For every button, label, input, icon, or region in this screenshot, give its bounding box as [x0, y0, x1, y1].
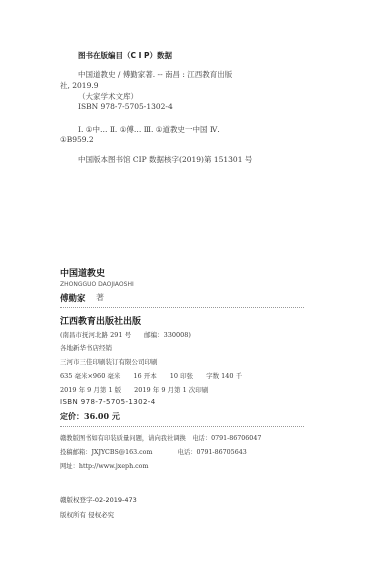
author-role: 著 [96, 292, 104, 303]
cip-line: （大家学术文库） [78, 91, 138, 102]
copyright-registration: 赣版权登字-02-2019-473 [60, 495, 137, 504]
isbn: ISBN 978-7-5705-1302-4 [60, 398, 156, 406]
publisher-name: 江西教育出版社出版 [60, 314, 141, 327]
website: 网址：http://www.jxeph.com [60, 461, 148, 470]
divider [60, 426, 304, 427]
printer: 三河市三佳印刷装订有限公司印刷 [60, 357, 158, 366]
cip-classification: Ⅰ. ①中… Ⅱ. ①傅… Ⅲ. ①道教史一中国 Ⅳ. [78, 124, 220, 135]
cip-record-number: 中国版本图书馆 CIP 数据核字(2019)第 151301 号 [78, 154, 252, 165]
quality-notice: 赣教版图书如有印装质量问题，请向我社调换 电话：0791-86706047 [60, 433, 261, 442]
print-specs: 635 毫米×960 毫米 16 开本 10 印张 字数 140 千 [60, 371, 242, 380]
submission-contact: 投稿邮箱：JXJYCBS@163.com 电话：0791-86705643 [60, 447, 247, 456]
edition-info: 2019 年 9 月第 1 版 2019 年 9 月第 1 次印刷 [60, 385, 208, 394]
divider [60, 307, 304, 308]
cip-line: 社, 2019.9 [60, 80, 99, 91]
book-author: 傅勤家 [60, 292, 86, 304]
price: 定价：36.00 元 [60, 411, 120, 422]
cip-isbn: ISBN 978-7-5705-1302-4 [78, 102, 173, 111]
publisher-address: (南昌市抚河北路 291 号 邮编：330008) [60, 330, 191, 339]
book-pinyin: ZHONGGUO DAOJIAOSHI [60, 281, 134, 288]
book-title: 中国道教史 [60, 266, 105, 279]
cip-classification-code: ①B959.2 [60, 135, 94, 144]
cip-heading: 图书在版编目（C I P）数据 [78, 50, 172, 61]
rights-reserved: 版权所有 侵权必究 [60, 510, 114, 519]
cip-line: 中国道教史 / 傅勤家著. -- 南昌 : 江西教育出版 [78, 69, 232, 80]
distributor: 各地新华书店经销 [60, 343, 112, 352]
